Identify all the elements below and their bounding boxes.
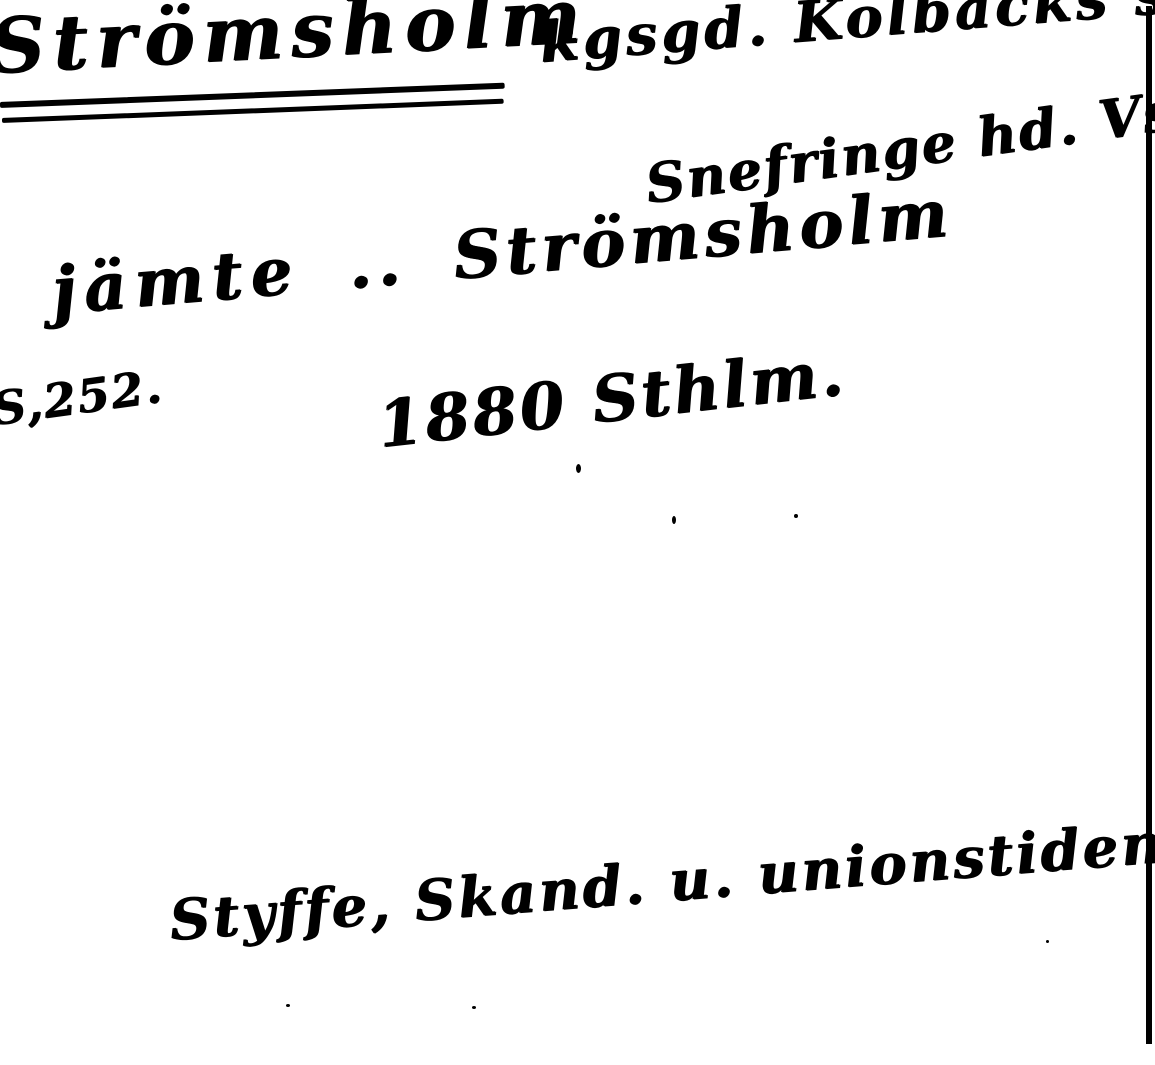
ink-speck	[286, 1004, 290, 1007]
also-row: jämte .. Strömsholm	[48, 174, 955, 330]
source-citation-text: Styffe, Skand. u. unionstiden.	[167, 808, 1155, 954]
scan-edge-line	[1146, 6, 1152, 1044]
publication-line-text: 1880 Sthlm.	[374, 335, 850, 463]
also-separator-text: ..	[344, 221, 409, 304]
also-word-text: jämte	[48, 231, 303, 330]
ink-speck	[794, 514, 798, 518]
ink-speck	[672, 516, 676, 524]
headword-text: Strömsholm	[0, 0, 590, 91]
scanned-index-card: { "card": { "colors": { "ink": "#000000"…	[0, 0, 1155, 1065]
ink-speck	[1046, 940, 1049, 943]
reference-number-text: S,252.	[0, 359, 166, 436]
ink-speck	[576, 464, 581, 473]
ink-speck	[472, 1006, 476, 1009]
designation-text: kgsgd. Kolbäcks sn.	[537, 0, 1155, 76]
